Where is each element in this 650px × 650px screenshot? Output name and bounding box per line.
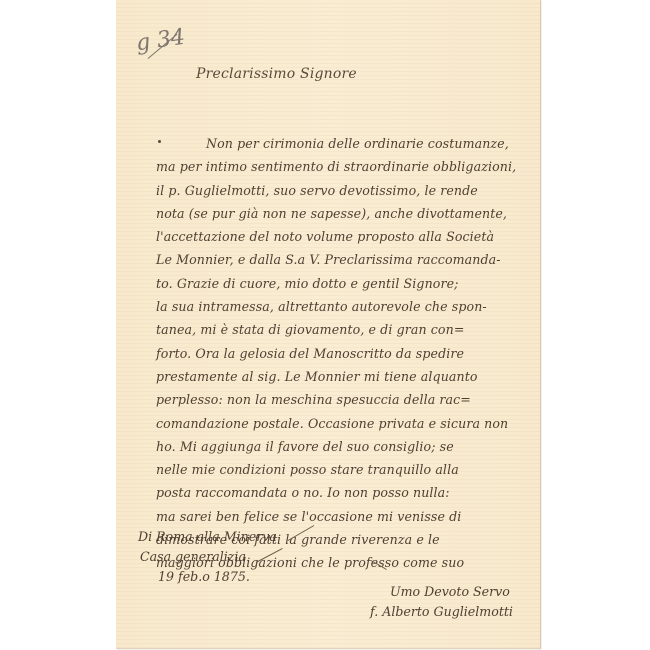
place-date-block: Di Roma alla Minerva Casa generalizia 19…: [138, 527, 277, 587]
body-line: perplesso: non la meschina spesuccia del…: [156, 388, 536, 411]
signature: f. Alberto Guglielmotti: [370, 602, 513, 622]
body-line: ma sarei ben felice se l'occasione mi ve…: [156, 505, 536, 528]
body-line: ho. Mi aggiunga il favore del suo consig…: [156, 435, 536, 458]
body-line: ma per intimo sentimento di straordinari…: [156, 155, 536, 178]
letter-page: g 34 Preclarissimo Signore Non per cirim…: [116, 0, 541, 649]
body-line: comandazione postale. Occasione privata …: [156, 412, 536, 435]
body-line: tanea, mi è stata di giovamento, e di gr…: [156, 318, 536, 341]
archive-mark: g 34: [134, 25, 186, 57]
signature-block: Umo Devoto Servo f. Alberto Guglielmotti: [370, 582, 513, 622]
body-line: to. Grazie di cuore, mio dotto e gentil …: [156, 272, 536, 295]
viewer-background: g 34 Preclarissimo Signore Non per cirim…: [0, 0, 650, 650]
body-line: il p. Guglielmotti, suo servo devotissim…: [156, 179, 536, 202]
salutation: Preclarissimo Signore: [196, 66, 357, 82]
house-line: Casa generalizia: [138, 547, 277, 567]
body-line: prestamente al sig. Le Monnier mi tiene …: [156, 365, 536, 388]
body-line: nelle mie condizioni posso stare tranqui…: [156, 458, 536, 481]
body-line: Non per cirimonia delle ordinarie costum…: [156, 132, 536, 155]
closing-line: Umo Devoto Servo: [370, 582, 513, 602]
body-line: nota (se pur già non ne sapesse), anche …: [156, 202, 536, 225]
body-line: l'accettazione del noto volume proposto …: [156, 225, 536, 248]
letter-body: Non per cirimonia delle ordinarie costum…: [156, 132, 536, 575]
date-line: 19 feb.o 1875.: [138, 567, 277, 587]
body-line: forto. Ora la gelosia del Manoscritto da…: [156, 342, 536, 365]
body-line: posta raccomandata o no. Io non posso nu…: [156, 481, 536, 504]
body-line: Le Monnier, e dalla S.a V. Preclarissima…: [156, 248, 536, 271]
body-line: la sua intramessa, altrettanto autorevol…: [156, 295, 536, 318]
place-line: Di Roma alla Minerva: [138, 527, 277, 547]
